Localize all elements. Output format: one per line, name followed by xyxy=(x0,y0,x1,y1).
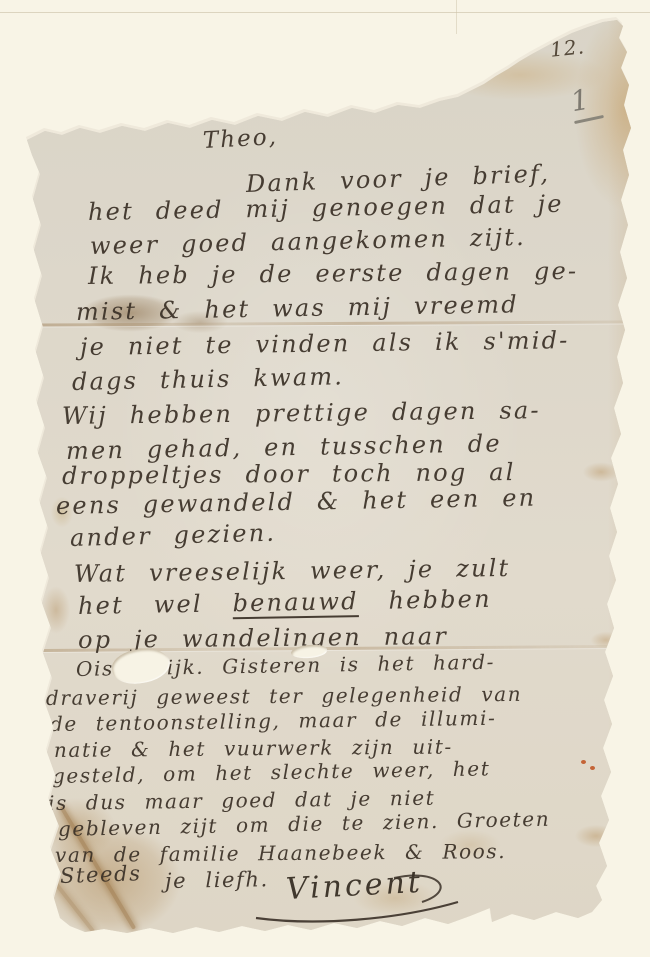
ink-speck xyxy=(590,766,595,770)
underlined-word: benauwd xyxy=(232,587,359,617)
salutation: Theo, xyxy=(202,124,278,154)
letter-paper: 12. 1 Theo, Dank voor je brief, het deed… xyxy=(0,0,650,957)
ink-speck xyxy=(581,760,586,764)
page-number-mark: 1 xyxy=(568,83,591,119)
closing-word: Steeds xyxy=(60,861,142,888)
letter-line: het deed mij genoegen dat je xyxy=(88,190,564,226)
photo-artifact-line xyxy=(0,12,650,13)
letter-line: dags thuis kwam. xyxy=(72,362,345,396)
letter-photograph: 12. 1 Theo, Dank voor je brief, het deed… xyxy=(0,0,650,957)
emphasis-pre: het wel xyxy=(78,589,233,620)
emphasis-post: hebben xyxy=(358,585,492,615)
letter-line-emphasis: het wel benauwd hebben xyxy=(78,585,492,620)
letter-line: de tentoonstelling, maar de illumi- xyxy=(50,706,497,736)
photo-artifact-line xyxy=(456,0,457,34)
letter-line: Ik heb je de eerste dagen ge- xyxy=(88,257,579,290)
letter-line: ander gezien. xyxy=(70,519,277,552)
letter-line: weer goed aangekomen zijt. xyxy=(90,223,526,260)
corner-number: 12. xyxy=(549,34,586,62)
letter-line: je niet te vinden als ik s'mid- xyxy=(80,326,570,361)
letter-line: Wat vreeselijk weer, je zult xyxy=(74,554,511,588)
letter-line: Wij hebben prettige dagen sa- xyxy=(62,396,541,430)
signature-flourish xyxy=(246,866,481,928)
